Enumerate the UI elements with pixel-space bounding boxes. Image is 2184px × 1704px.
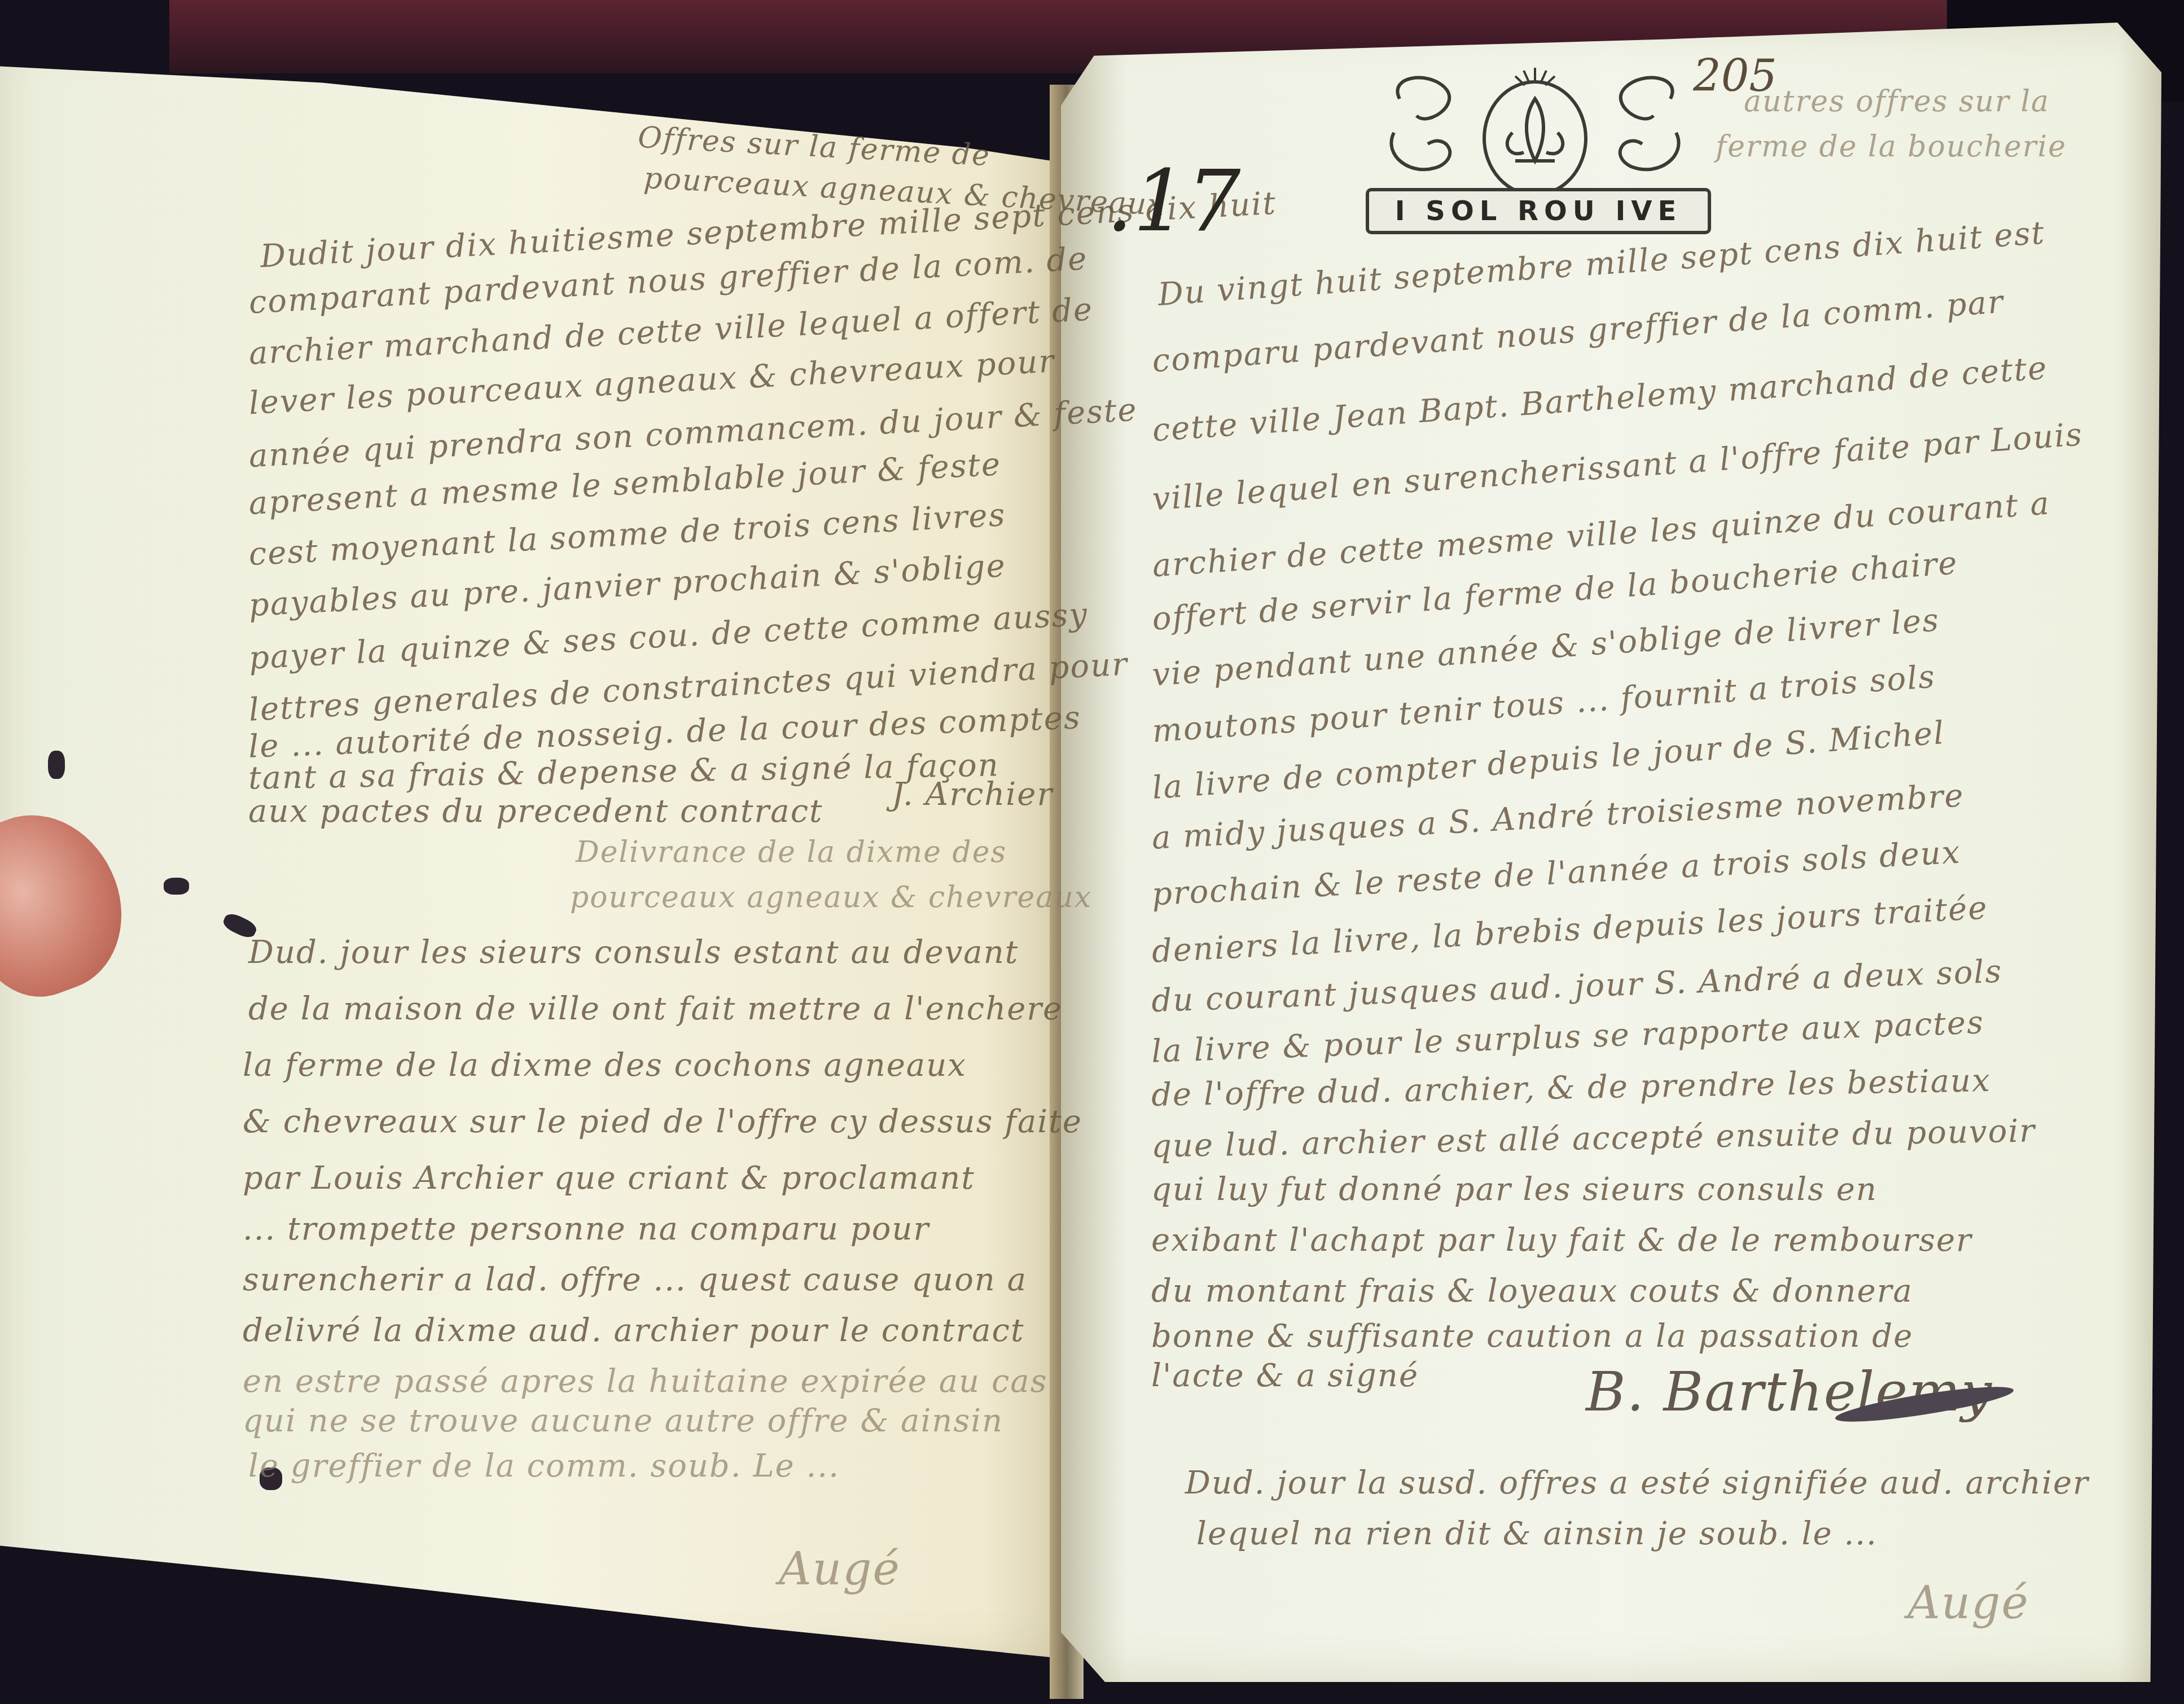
signature-barthelemy: B. Barthelemy <box>1586 1360 1993 1423</box>
wormhole <box>48 751 65 779</box>
fleur-de-lis-emblem-icon <box>1377 65 1693 195</box>
wormhole <box>164 878 189 895</box>
signature-archier: J. Archier <box>892 779 1053 811</box>
greffier-signature-right: Augé <box>1907 1580 2029 1626</box>
tax-stamp: I SOL ROU IVE <box>1366 65 1704 234</box>
folio-mark: .17 <box>1106 152 1241 251</box>
stamp-band: I SOL ROU IVE <box>1366 188 1711 234</box>
greffier-signature-left: Augé <box>779 1547 901 1592</box>
